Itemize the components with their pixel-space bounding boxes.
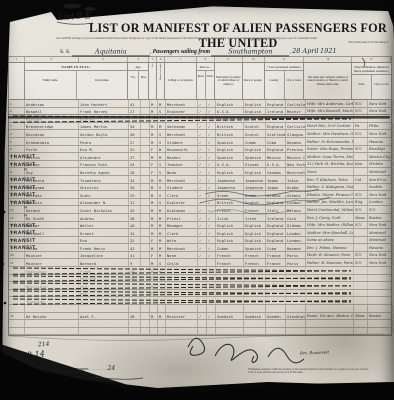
cell-st <box>354 320 368 327</box>
cell-mos <box>141 222 150 229</box>
cell-family: Echemendia <box>25 138 79 145</box>
cell-mos <box>141 297 150 304</box>
header-occupation: Calling or occupation. <box>165 63 197 99</box>
cell-w <box>207 282 216 289</box>
cell-dc: New York <box>368 252 393 259</box>
cell-mos <box>141 115 150 122</box>
cell-w <box>207 267 216 274</box>
cell-given: Alejandro <box>79 153 129 160</box>
cell-n: 15 <box>9 214 25 221</box>
cell-dc: Boston <box>368 214 393 221</box>
manifest-row: ”9GuyDorothy Agnes28FSNone✓✓EnglishEngli… <box>9 168 391 176</box>
cell-r: ✓ <box>198 214 207 221</box>
manifest-row: ForsterDudleyArmenian <box>9 115 391 123</box>
manifest-row: TRANSIT7GarciaAlejandro37MMBanker✓✓Spani… <box>9 153 391 161</box>
cell-ms: M <box>158 237 166 244</box>
cell-given: Frances Ruth <box>79 161 129 168</box>
cell-rel: Mother: Mrs Marshall, London <box>306 229 354 236</box>
cell-country <box>266 320 286 327</box>
cell-city <box>286 275 306 282</box>
cell-mos <box>141 161 150 168</box>
cell-occ: Merchant <box>166 244 198 251</box>
cell-nat: English <box>216 168 244 175</box>
cell-st: Eng. <box>354 199 368 206</box>
transit-stamp: TRANSIT <box>10 237 36 244</box>
cell-given <box>79 320 129 327</box>
cell-r <box>198 267 207 274</box>
cell-family: Forth <box>25 146 79 153</box>
cell-n: 5 <box>9 138 25 145</box>
cell-family: " <box>25 275 79 282</box>
cell-country: England <box>266 123 286 130</box>
cell-yrs: 34 <box>129 123 141 130</box>
cell-r: ✓ <box>198 123 207 130</box>
cell-race <box>244 297 266 304</box>
cell-city: Glasgow <box>286 130 306 137</box>
cell-dc: Montreal <box>368 168 393 175</box>
cell-dc: New York <box>368 191 393 198</box>
cell-sex: F <box>150 290 158 297</box>
cell-rel <box>306 290 354 297</box>
cell-r: ✓ <box>198 313 207 320</box>
cell-mos <box>141 267 150 274</box>
cell-w: ✓ <box>207 199 216 206</box>
cell-race: Spanish <box>244 244 266 251</box>
manifest-row: ThorntonJ. <box>9 297 391 305</box>
cell-r: ✓ <box>198 130 207 137</box>
cell-n: 1 <box>9 100 25 107</box>
header-res-country: Country. <box>265 71 285 99</box>
cell-race: English <box>244 100 266 107</box>
cell-country <box>266 282 286 289</box>
cell-rel: Bro: T. Kitahara, Tokio <box>306 176 354 183</box>
cell-given <box>79 305 129 312</box>
cell-race: Greek <box>244 191 266 198</box>
cell-sex: M <box>150 222 158 229</box>
cell-occ: Merchant <box>166 100 198 107</box>
cell-race <box>244 290 266 297</box>
cell-n <box>9 328 25 335</box>
cell-ms: M <box>158 267 166 274</box>
ss-label: S. S. <box>60 49 70 55</box>
cell-sex: M <box>150 282 158 289</box>
cell-city: Carlisle <box>286 123 306 130</box>
cell-given: Pedro <box>79 138 129 145</box>
cell-nat: U.S.A. <box>216 108 244 115</box>
cell-mos <box>141 191 150 198</box>
cell-w: ✓ <box>207 153 216 160</box>
cell-country: Japan <box>266 184 286 191</box>
cell-st <box>354 275 368 282</box>
manifest-row: TRANSIT12KostakiSudir29MSClerk✓✓GreekGre… <box>9 191 391 199</box>
cell-st: Cal. <box>354 176 368 183</box>
cell-mos <box>141 313 150 320</box>
cell-w <box>207 275 216 282</box>
cell-race: Swedish <box>244 313 266 320</box>
cell-yrs: 41 <box>129 252 141 259</box>
cell-w: ✓ <box>207 100 216 107</box>
cell-yrs: 30 <box>129 130 141 137</box>
cell-ms: M <box>158 222 166 229</box>
cell-mos <box>141 244 150 251</box>
cell-r: ✓ <box>198 206 207 213</box>
cell-rel: Hotel Continental, Milano <box>306 206 354 213</box>
cell-occ: Engineer <box>166 108 198 115</box>
cell-occ: Wife <box>166 237 198 244</box>
cell-occ: Student <box>166 138 198 145</box>
cell-dc: N.Y. <box>368 206 393 213</box>
column-number: 12 <box>304 57 352 62</box>
column-number: 1 <box>9 57 25 62</box>
cell-sex: F <box>150 146 158 153</box>
cell-mos <box>141 305 150 312</box>
cell-race: French <box>244 252 266 259</box>
cell-ms <box>158 305 166 312</box>
manifest-row <box>9 328 391 336</box>
cell-dc <box>368 320 393 327</box>
header-sex-label: Sex. <box>151 63 154 67</box>
column-number: 7 <box>165 57 197 62</box>
cell-w: ✓ <box>207 313 216 320</box>
cell-nat <box>216 275 244 282</box>
manifest-row: ”15Mc GrathAndrew38MMPriest✓✓IrishIrishI… <box>9 214 391 222</box>
cell-yrs: 29 <box>129 191 141 198</box>
cell-given: Shinichi <box>79 184 129 191</box>
cell-ms: M <box>158 214 166 221</box>
cell-st <box>354 184 368 191</box>
cell-w: ✓ <box>207 146 216 153</box>
sailing-label: Passengers sailing from <box>153 49 210 55</box>
cell-mos <box>141 275 150 282</box>
header-able-group: Able to— Read. Write. <box>197 63 215 99</box>
cell-n: 2 <box>9 108 25 115</box>
header-family: Family name. <box>25 71 77 99</box>
column-number: 6 <box>157 57 165 62</box>
cell-occ: Minister <box>166 313 198 320</box>
cell-city: Osaka <box>286 184 306 191</box>
column-number: 5 <box>149 57 157 62</box>
cell-city: Athens <box>286 191 306 198</box>
cell-country: Cuba <box>266 244 286 251</box>
cell-mos <box>141 123 150 130</box>
manifest-row: TRANSIT17MarshallErnest34MMClerk✓✓Englis… <box>9 229 391 237</box>
cell-mos <box>141 168 150 175</box>
total-passengers-value: 24 <box>108 365 116 372</box>
cell-n <box>9 282 25 289</box>
cell-city: Montreal <box>286 168 306 175</box>
cell-given: Dudley <box>79 115 129 122</box>
cell-occ: Diplomat <box>166 206 198 213</box>
cell-st <box>354 244 368 251</box>
cell-nat: English <box>216 146 244 153</box>
cell-given: Geo. <box>79 282 129 289</box>
cell-rel <box>306 320 354 327</box>
cell-sex: M <box>150 267 158 274</box>
cell-occ: Child <box>166 259 198 266</box>
cell-w: ✓ <box>207 123 216 130</box>
cell-occ <box>166 328 198 335</box>
cell-city: Oldham <box>286 222 306 229</box>
cell-w: ✓ <box>207 130 216 137</box>
hotel-note-handwriting: Rm. Roosevelt <box>300 349 329 355</box>
cell-sex: M <box>150 259 158 266</box>
header-nationality: Nationality. (Country of which citizen o… <box>215 63 243 99</box>
transit-stamp: TRANSIT. <box>10 222 37 229</box>
cell-ms: S <box>158 259 166 266</box>
cell-country: Sweden <box>266 313 286 320</box>
cell-w <box>207 297 216 304</box>
manifest-row: TRANSIT19PalmaFrank Henry42MMMerchant✓✓C… <box>9 244 391 252</box>
cell-yrs: 9 <box>129 259 141 266</box>
manifest-row: EdmundsonFrank44MM <box>9 267 391 275</box>
cell-dc: New York <box>368 108 393 115</box>
date-handwriting: 28 April <box>292 47 318 55</box>
cell-n: 4 <box>9 130 25 137</box>
cell-ms: S <box>158 199 166 206</box>
cell-yrs: 27 <box>129 108 141 115</box>
cell-st <box>354 237 368 244</box>
cell-mos <box>141 176 150 183</box>
cell-mos <box>141 100 150 107</box>
cell-race <box>244 267 266 274</box>
header-destination-group: Final destination. (Intended future perm… <box>352 63 391 99</box>
cell-rel <box>306 267 354 274</box>
cell-w: ✓ <box>207 161 216 168</box>
cell-yrs: 44 <box>129 267 141 274</box>
cell-city: Havana <box>286 138 306 145</box>
cell-w: ✓ <box>207 222 216 229</box>
header-name-label: NAME IN FULL. <box>25 63 127 71</box>
cell-country <box>266 115 286 122</box>
cell-family: Mounier <box>25 252 79 259</box>
cell-st: N.Y. <box>354 191 368 198</box>
cell-yrs: 40 <box>129 222 141 229</box>
cell-rel: Hotel Ritz, Gr'd Carlisle <box>306 123 354 130</box>
cell-mos <box>141 138 150 145</box>
cell-st: N.Y. <box>354 100 368 107</box>
cell-yrs <box>129 115 141 122</box>
header-yrs: Yrs. <box>128 71 138 99</box>
column-number: 3 <box>79 57 129 62</box>
cell-r: ✓ <box>198 252 207 259</box>
cell-dc: Brooklyn <box>368 146 393 153</box>
cell-country <box>266 305 286 312</box>
cell-sex: M <box>150 206 158 213</box>
cell-dc: Wichita <box>368 161 393 168</box>
cell-race: Cuban <box>244 138 266 145</box>
cell-r: ✓ <box>198 153 207 160</box>
cell-st <box>354 267 368 274</box>
cell-sex: M <box>150 108 158 115</box>
cell-sex: F <box>150 168 158 175</box>
cell-r: ✓ <box>198 146 207 153</box>
speck <box>2 109 5 112</box>
cell-family: Harand <box>25 206 79 213</box>
cell-city: Tokio <box>286 176 306 183</box>
cell-w <box>207 290 216 297</box>
cell-sex: M <box>150 138 158 145</box>
cell-occ <box>166 267 198 274</box>
cell-ms: M <box>158 244 166 251</box>
cell-race: English <box>244 237 266 244</box>
cell-rel <box>306 328 354 335</box>
cell-nat: Spanish <box>216 153 244 160</box>
cell-w <box>207 259 216 266</box>
cell-given: Pauline <box>79 275 129 282</box>
cell-occ: Priest <box>166 214 198 221</box>
cell-w <box>207 320 216 327</box>
cell-n: 21 <box>9 259 25 266</box>
cell-country: England <box>266 100 286 107</box>
cell-yrs: 34 <box>129 176 141 183</box>
cell-race: English <box>244 146 266 153</box>
cell-city <box>286 267 306 274</box>
header-given: Given name. <box>77 71 128 99</box>
cell-sex: M <box>150 199 158 206</box>
cell-dc: New York <box>368 100 393 107</box>
cell-mos <box>141 184 150 191</box>
cell-dc: Phila. <box>368 123 393 130</box>
cell-w <box>207 328 216 335</box>
header-write: Write. <box>206 71 214 99</box>
cell-nat: British <box>216 123 244 130</box>
cell-country <box>266 267 286 274</box>
manifest-row <box>9 305 391 313</box>
cell-dc <box>368 297 393 304</box>
header-dest-state: State. <box>352 75 372 99</box>
cell-mos <box>141 108 150 115</box>
cell-r: ✓ <box>198 191 207 198</box>
cell-dc: Montreal <box>368 229 393 236</box>
cell-occ: None <box>166 252 198 259</box>
cell-dc: London <box>368 199 393 206</box>
cell-city: London <box>286 237 306 244</box>
cell-n <box>9 267 25 274</box>
cell-st: N.Y. <box>354 252 368 259</box>
manifest-row <box>9 320 391 328</box>
cell-dc <box>368 267 393 274</box>
cell-race: Irish <box>244 214 266 221</box>
cell-r: ✓ <box>198 100 207 107</box>
cell-w <box>207 115 216 122</box>
cell-nat: Cuban <box>216 244 244 251</box>
cell-rel: Father: S. Katayama, Osaka <box>306 184 354 191</box>
cell-sex: M <box>150 191 158 198</box>
cell-family <box>25 320 79 327</box>
cell-dc <box>368 282 393 289</box>
cell-nat: French <box>216 259 244 266</box>
cell-rel: Husb: B. Mounier, Paris <box>306 252 354 259</box>
cell-st <box>354 168 368 175</box>
cell-sex: M <box>150 229 158 236</box>
cell-country: France <box>266 259 286 266</box>
cell-race: Scotch <box>244 123 266 130</box>
manifest-row: TRANSIT11KatayamaShinichi30MSStudent✓✓Ja… <box>9 184 391 192</box>
cell-w: ✓ <box>207 176 216 183</box>
cell-w: ✓ <box>207 237 216 244</box>
cell-r <box>198 115 207 122</box>
cell-race <box>244 275 266 282</box>
cell-r: ✓ <box>198 161 207 168</box>
cell-given: Ada <box>79 290 129 297</box>
cell-city: Preston <box>286 146 306 153</box>
cell-country <box>266 328 286 335</box>
column-number: 8 <box>197 57 215 62</box>
cell-yrs: 41 <box>129 275 141 282</box>
cell-dc: San Fr'co <box>368 176 393 183</box>
cell-n <box>9 275 25 282</box>
cell-ms <box>158 328 166 335</box>
cell-sex <box>150 297 158 304</box>
cell-family: Guy <box>25 168 79 175</box>
cell-country: Japan <box>266 176 286 183</box>
cell-dc: Havana <box>368 244 393 251</box>
cell-occ: Salesman <box>166 123 198 130</box>
cell-country: Scotland <box>266 130 286 137</box>
cell-nat <box>216 282 244 289</box>
cell-family: Boswell <box>25 108 79 115</box>
cell-occ: None <box>166 168 198 175</box>
cell-sex: M <box>150 130 158 137</box>
cell-st <box>354 305 368 312</box>
cell-yrs: 37 <box>129 153 141 160</box>
cell-sex: M <box>150 313 158 320</box>
cell-rel <box>306 275 354 282</box>
cell-ms <box>158 297 166 304</box>
cell-occ: Housewife <box>166 146 198 153</box>
cell-nat: English <box>216 237 244 244</box>
cell-nat: Spanish <box>216 138 244 145</box>
cell-city <box>286 297 306 304</box>
cell-given: Dorothy Agnes <box>79 168 129 175</box>
header-no <box>9 63 25 99</box>
cell-given: John Herbert <box>79 100 129 107</box>
manifest-row: TRANSIT10KitaharaTsunetaro34MMMerchant✓✓… <box>9 176 391 184</box>
cell-w: ✓ <box>207 214 216 221</box>
year-handwriting: 1921 <box>320 47 337 55</box>
cell-yrs: 45 <box>129 206 141 213</box>
cell-ms: M <box>158 252 166 259</box>
cell-given: James Martin <box>79 123 129 130</box>
cell-r: ✓ <box>198 244 207 251</box>
cell-mos <box>141 237 150 244</box>
total-passengers-dots: . . . . . . . . . <box>90 366 107 371</box>
transit-stamp: ” <box>24 214 28 221</box>
cell-yrs: 32 <box>129 237 141 244</box>
cell-dc <box>368 328 393 335</box>
cell-mos <box>141 130 150 137</box>
cell-yrs: 41 <box>129 100 141 107</box>
header-race: Race or people. <box>243 63 265 99</box>
cell-given: Walter <box>79 222 129 229</box>
cell-ms: S <box>158 130 166 137</box>
cell-n <box>9 297 25 304</box>
cell-mos <box>141 146 150 153</box>
cell-family: " <box>25 290 79 297</box>
cell-yrs <box>129 320 141 327</box>
cell-w: ✓ <box>207 138 216 145</box>
cell-country: England <box>266 229 286 236</box>
transit-stamp: ” <box>24 206 28 213</box>
cell-r: ✓ <box>198 108 207 115</box>
cell-yrs: 27 <box>129 138 141 145</box>
cell-occ <box>166 305 198 312</box>
cell-yrs: 24 <box>129 161 141 168</box>
cell-sex: M <box>150 176 158 183</box>
cell-rel <box>306 297 354 304</box>
cell-ms: M <box>158 229 166 236</box>
cell-sex <box>150 320 158 327</box>
